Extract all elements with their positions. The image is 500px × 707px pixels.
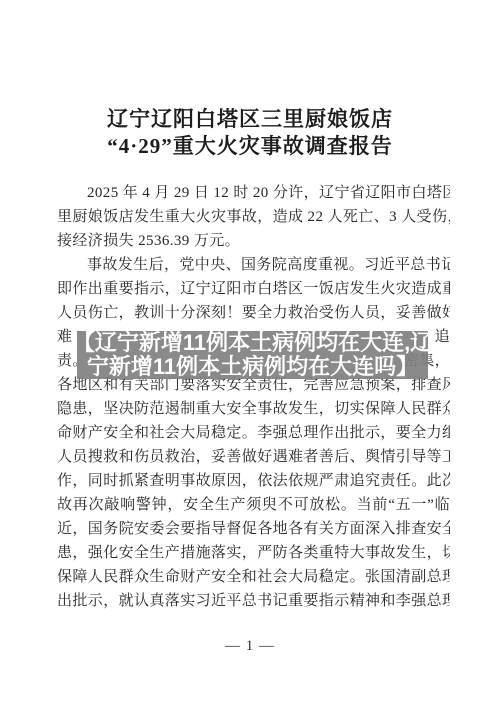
document-title-line2: “4·29”重大火灾事故调查报告 [0,133,500,160]
news-caption-line1: 【辽宁新增11例本土病例均在大连,辽 [73,331,432,355]
news-caption-overlay: 【辽宁新增11例本土病例均在大连,辽 宁新增11例本土病例均在大连吗】 [77,331,428,379]
body-line: 即作出重要指示，辽宁辽阳市白塔区一饭店发生火灾造成重大 [57,277,450,301]
page-number: — 1 — [0,638,500,655]
body-line: 隐患，坚决防范遏制重大安全事故发生，切实保障人民群众生 [57,397,450,421]
body-line: 出批示，就认真落实习近平总书记重要指示精神和李强总理批 [57,589,450,613]
body-line: 里厨娘饭店发生重大火灾事故，造成 22 人死亡、3 人受伤，直 [57,205,450,229]
scanned-report-page: 辽宁辽阳白塔区三里厨娘饭店 “4·29”重大火灾事故调查报告 2025 年 4 … [0,0,500,707]
body-line: 人员搜救和伤员救治，妥善做好遇难者善后、舆情引导等工 [57,445,450,469]
document-body: 2025 年 4 月 29 日 12 时 20 分许，辽宁省辽阳市白塔区三 里厨… [57,181,450,613]
body-line: 作，同时抓紧查明事故原因，依法依规严肃追究责任。此次事 [57,469,450,493]
body-line: 人员伤亡，教训十分深刻！要全力救治受伤人员，妥善做好遇 [57,301,450,325]
obscured-left-fragment: 难 [57,325,72,349]
body-line: 保障人民群众生命财产安全和社会大局稳定。张国清副总理作 [57,565,450,589]
body-line: 命财产安全和社会大局稳定。李强总理作出批示，要全力组织 [57,421,450,445]
obscured-right-fragment: 追 [435,325,450,349]
news-caption-line2: 宁新增11例本土病例均在大连吗】 [87,355,418,379]
document-title-line1: 辽宁辽阳白塔区三里厨娘饭店 [0,106,500,133]
body-line: 患，强化安全生产措施落实，严防各类重特大事故发生，切实 [57,541,450,565]
body-line: 2025 年 4 月 29 日 12 时 20 分许，辽宁省辽阳市白塔区三 [57,181,450,205]
body-line: 故再次敲响警钟，安全生产须臾不可放松。当前“五一”临 [57,493,450,517]
body-line: 接经济损失 2536.39 万元。 [57,229,450,253]
document-title: 辽宁辽阳白塔区三里厨娘饭店 “4·29”重大火灾事故调查报告 [0,106,500,160]
body-line: 近，国务院安委会要指导督促各地各有关方面深入排查安全隐 [57,517,450,541]
body-line: 事故发生后，党中央、国务院高度重视。习近平总书记立 [57,253,450,277]
